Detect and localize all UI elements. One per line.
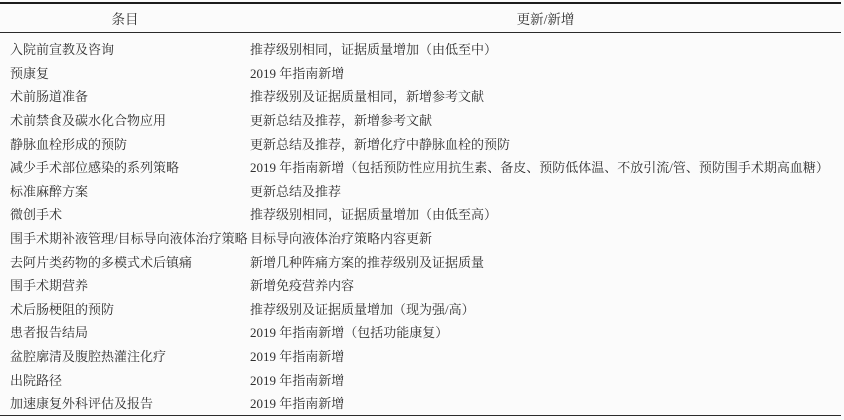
table-row: 出院路径2019 年指南新增 bbox=[0, 367, 841, 391]
update-cell: 2019 年指南新增（包括预防性应用抗生素、备皮、预防低体温、不放引流/管、预防… bbox=[250, 157, 841, 176]
update-cell: 2019 年指南新增 bbox=[250, 346, 841, 365]
update-cell: 目标导向液体治疗策略内容更新 bbox=[250, 228, 841, 247]
table-row: 加速康复外科评估及报告2019 年指南新增 bbox=[0, 391, 841, 415]
update-cell: 推荐级别相同，证据质量增加（由低至中） bbox=[250, 39, 841, 58]
table-row: 术前肠道准备推荐级别及证据质量相同，新增参考文献 bbox=[0, 84, 841, 108]
table-row: 盆腔廓清及腹腔热灌注化疗2019 年指南新增 bbox=[0, 344, 841, 368]
table-row: 减少手术部位感染的系列策略2019 年指南新增（包括预防性应用抗生素、备皮、预防… bbox=[0, 155, 841, 179]
table-row: 患者报告结局2019 年指南新增（包括功能康复） bbox=[0, 320, 841, 344]
item-cell: 减少手术部位感染的系列策略 bbox=[0, 157, 250, 176]
item-cell: 术后肠梗阻的预防 bbox=[0, 299, 250, 318]
item-cell: 标准麻醉方案 bbox=[0, 181, 250, 200]
update-cell: 推荐级别及证据质量增加（现为强/高） bbox=[250, 299, 841, 318]
item-cell: 盆腔廓清及腹腔热灌注化疗 bbox=[0, 346, 250, 365]
item-cell: 出院路径 bbox=[0, 370, 250, 389]
item-cell: 术前禁食及碳水化合物应用 bbox=[0, 110, 250, 129]
update-cell: 新增免疫营养内容 bbox=[250, 275, 841, 294]
table-row: 预康复2019 年指南新增 bbox=[0, 61, 841, 85]
item-cell: 术前肠道准备 bbox=[0, 86, 250, 105]
table-row: 去阿片类药物的多模式术后镇痛新增几种阵痛方案的推荐级别及证据质量 bbox=[0, 249, 841, 273]
guideline-update-table: 条目 更新/新增 入院前宣教及咨询推荐级别相同，证据质量增加（由低至中）预康复2… bbox=[0, 2, 841, 416]
table-row: 静脉血栓形成的预防更新总结及推荐，新增化疗中静脉血栓的预防 bbox=[0, 131, 841, 155]
update-cell: 2019 年指南新增（包括功能康复） bbox=[250, 322, 841, 341]
table-row: 微创手术推荐级别相同，证据质量增加（由低至高） bbox=[0, 202, 841, 226]
item-cell: 围手术期补液管理/目标导向液体治疗策略 bbox=[0, 228, 250, 247]
update-cell: 更新总结及推荐，新增化疗中静脉血栓的预防 bbox=[250, 134, 841, 153]
update-cell: 2019 年指南新增 bbox=[250, 393, 841, 412]
table-row: 标准麻醉方案更新总结及推荐 bbox=[0, 179, 841, 203]
update-cell: 新增几种阵痛方案的推荐级别及证据质量 bbox=[250, 252, 841, 271]
table-row: 术后肠梗阻的预防推荐级别及证据质量增加（现为强/高） bbox=[0, 297, 841, 321]
update-cell: 推荐级别及证据质量相同，新增参考文献 bbox=[250, 86, 841, 105]
item-cell: 静脉血栓形成的预防 bbox=[0, 134, 250, 153]
item-cell: 患者报告结局 bbox=[0, 322, 250, 341]
update-cell: 更新总结及推荐，新增参考文献 bbox=[250, 110, 841, 129]
table-header-row: 条目 更新/新增 bbox=[0, 2, 841, 33]
table-row: 围手术期补液管理/目标导向液体治疗策略目标导向液体治疗策略内容更新 bbox=[0, 226, 841, 250]
item-cell: 加速康复外科评估及报告 bbox=[0, 393, 250, 412]
table-row: 围手术期营养新增免疫营养内容 bbox=[0, 273, 841, 297]
header-item-column: 条目 bbox=[0, 8, 250, 28]
item-cell: 入院前宣教及咨询 bbox=[0, 39, 250, 58]
table-body: 入院前宣教及咨询推荐级别相同，证据质量增加（由低至中）预康复2019 年指南新增… bbox=[0, 33, 841, 416]
update-cell: 2019 年指南新增 bbox=[250, 63, 841, 82]
update-cell: 2019 年指南新增 bbox=[250, 370, 841, 389]
table-row: 术前禁食及碳水化合物应用更新总结及推荐，新增参考文献 bbox=[0, 108, 841, 132]
item-cell: 预康复 bbox=[0, 63, 250, 82]
item-cell: 去阿片类药物的多模式术后镇痛 bbox=[0, 252, 250, 271]
table-row: 入院前宣教及咨询推荐级别相同，证据质量增加（由低至中） bbox=[0, 37, 841, 61]
update-cell: 更新总结及推荐 bbox=[250, 181, 841, 200]
update-cell: 推荐级别相同，证据质量增加（由低至高） bbox=[250, 204, 841, 223]
header-update-column: 更新/新增 bbox=[250, 8, 841, 28]
item-cell: 微创手术 bbox=[0, 204, 250, 223]
item-cell: 围手术期营养 bbox=[0, 275, 250, 294]
